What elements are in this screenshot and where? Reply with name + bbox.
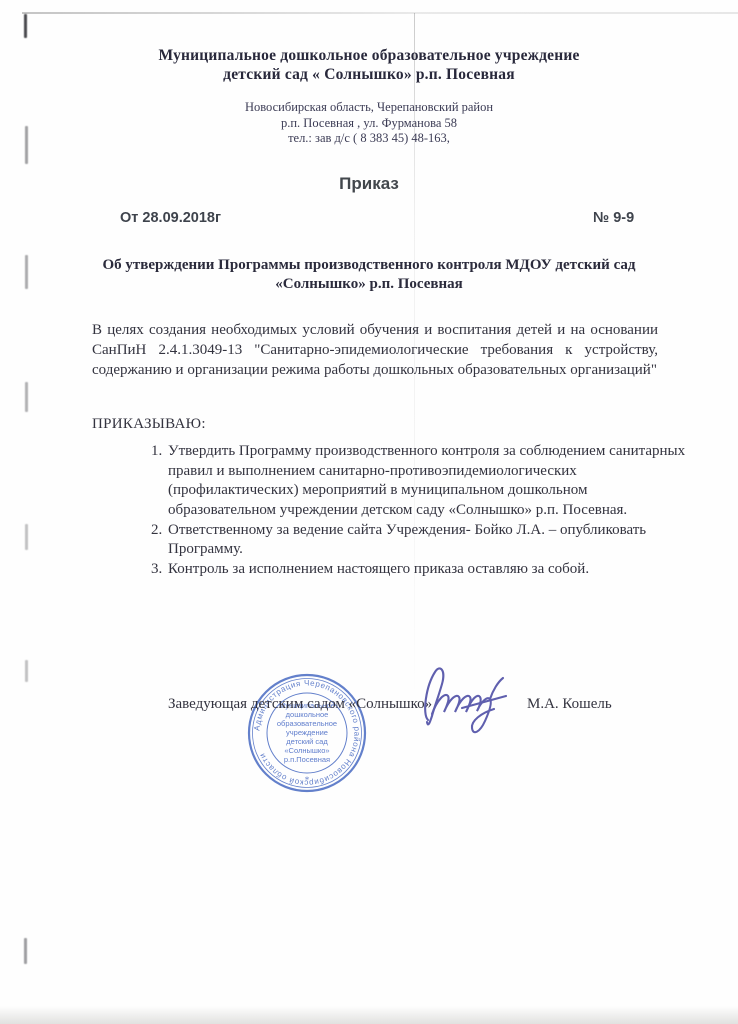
scan-artifact [25,524,28,550]
organization-header: Муниципальное дошкольное образовательное… [0,46,738,84]
address-street: р.п. Посевная , ул. Фурманова 58 [0,116,738,132]
document-subject: Об утверждении Программы производственно… [79,256,659,293]
stamp-center-line: р.п.Посевная [257,755,357,764]
signature-row: Заведующая детским садом «Солнышко» М.А.… [0,696,738,718]
stamp-star-icon: * [305,775,310,785]
stamp-center-line: учреждение [257,728,357,737]
stamp-center-line: «Солнышко» [257,746,357,755]
document-title: Приказ [0,174,738,194]
signature-scribble [418,658,530,758]
organization-name-line1: Муниципальное дошкольное образовательное… [0,46,738,65]
stamp-center-line: детский сад [257,737,357,746]
scan-artifact [25,382,28,412]
scan-artifact [25,660,28,682]
preamble-paragraph: В целях создания необходимых условий обу… [92,320,658,380]
handwritten-signature [418,658,530,763]
order-item-2: Ответственному за ведение сайта Учрежден… [166,521,688,560]
scan-artifact [24,938,27,964]
signer-name: М.А. Кошель [527,696,612,713]
address-phone: тел.: зав д/с ( 8 383 45) 48-163, [0,131,738,147]
order-item-3: Контроль за исполнением настоящего прика… [166,560,688,580]
order-word: ПРИКАЗЫВАЮ: [92,416,206,433]
address-region: Новосибирская область, Черепановский рай… [0,100,738,116]
official-round-stamp: Администрация Черепановского района Ново… [246,672,368,794]
organization-name-line2: детский сад « Солнышко» р.п. Посевная [0,65,738,84]
scan-artifact [25,255,28,289]
scan-artifact [24,14,27,38]
order-item-1: Утвердить Программу производственного ко… [166,442,688,520]
document-number: № 9-9 [593,210,634,226]
scanned-order-document: Муниципальное дошкольное образовательное… [0,0,738,1024]
organization-address: Новосибирская область, Черепановский рай… [0,100,738,147]
signer-role: Заведующая детским садом «Солнышко» [168,696,432,713]
document-meta-row: От 28.09.2018г № 9-9 [0,210,738,230]
order-items-list: Утвердить Программу производственного ко… [140,442,688,580]
scan-line-artifact [22,12,738,14]
scan-bottom-shadow [0,1006,738,1024]
stamp-center-line: образовательное [257,719,357,728]
document-date: От 28.09.2018г [120,210,221,226]
